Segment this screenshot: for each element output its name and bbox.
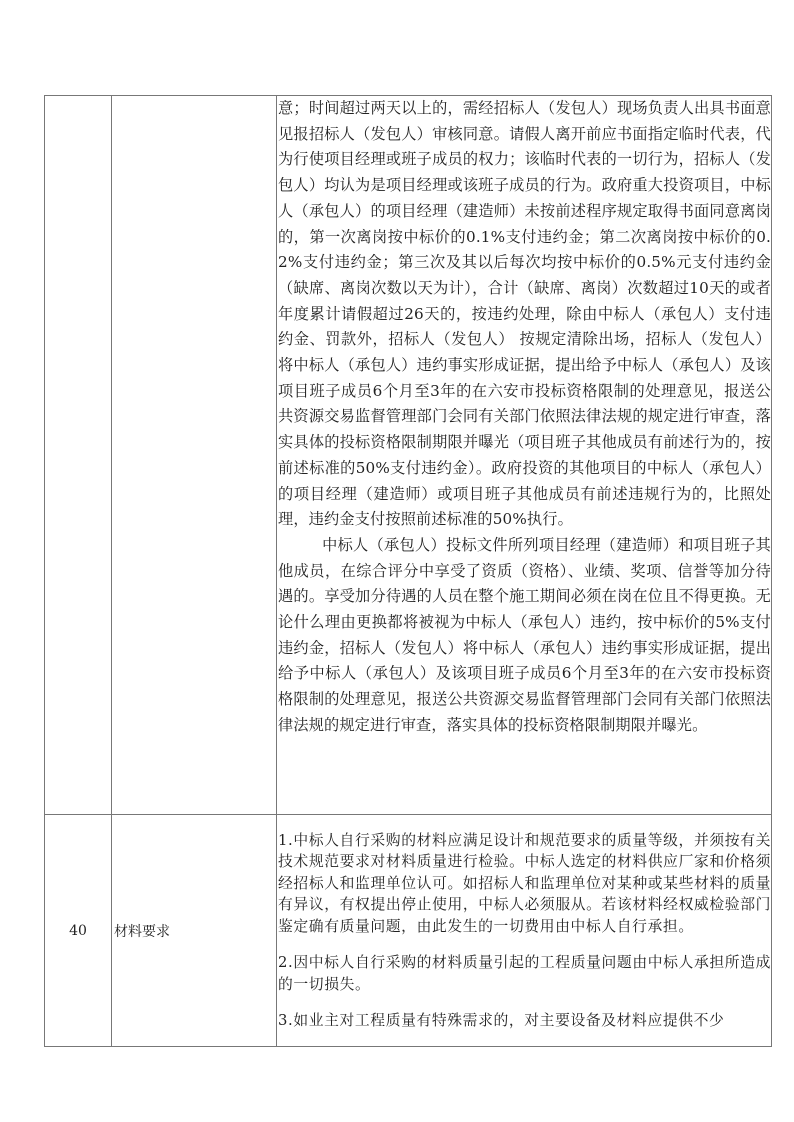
content-paragraph: 2.因中标人自行采购的材料质量引起的工程质量问题由中标人承担所造成的一切损失。 [278,952,771,995]
clause-item-cell [112,96,277,815]
clause-table: 意；时间超过两天以上的，需经招标人（发包人）现场负责人出具书面意见报招标人（发包… [44,95,772,1047]
content-paragraph: 中标人（承包人）投标文件所列项目经理（建造师）和项目班子其他成员，在综合评分中享… [278,533,771,739]
clause-item-cell: 材料要求 [112,815,277,1047]
clause-content-cell: 意；时间超过两天以上的，需经招标人（发包人）现场负责人出具书面意见报招标人（发包… [277,96,772,815]
content-paragraph: 意；时间超过两天以上的，需经招标人（发包人）现场负责人出具书面意见报招标人（发包… [278,96,771,533]
content-paragraph: 1.中标人自行采购的材料应满足设计和规范要求的质量等级，并须按有关技术规范要求对… [278,830,771,938]
table-row: 40 材料要求 1.中标人自行采购的材料应满足设计和规范要求的质量等级，并须按有… [45,815,772,1047]
clause-content-cell: 1.中标人自行采购的材料应满足设计和规范要求的质量等级，并须按有关技术规范要求对… [277,815,772,1047]
table-row: 意；时间超过两天以上的，需经招标人（发包人）现场负责人出具书面意见报招标人（发包… [45,96,772,815]
clause-number-cell: 40 [45,815,112,1047]
clause-number-cell [45,96,112,815]
content-paragraph: 3.如业主对工程质量有特殊需求的，对主要设备及材料应提供不少 [278,1010,771,1032]
